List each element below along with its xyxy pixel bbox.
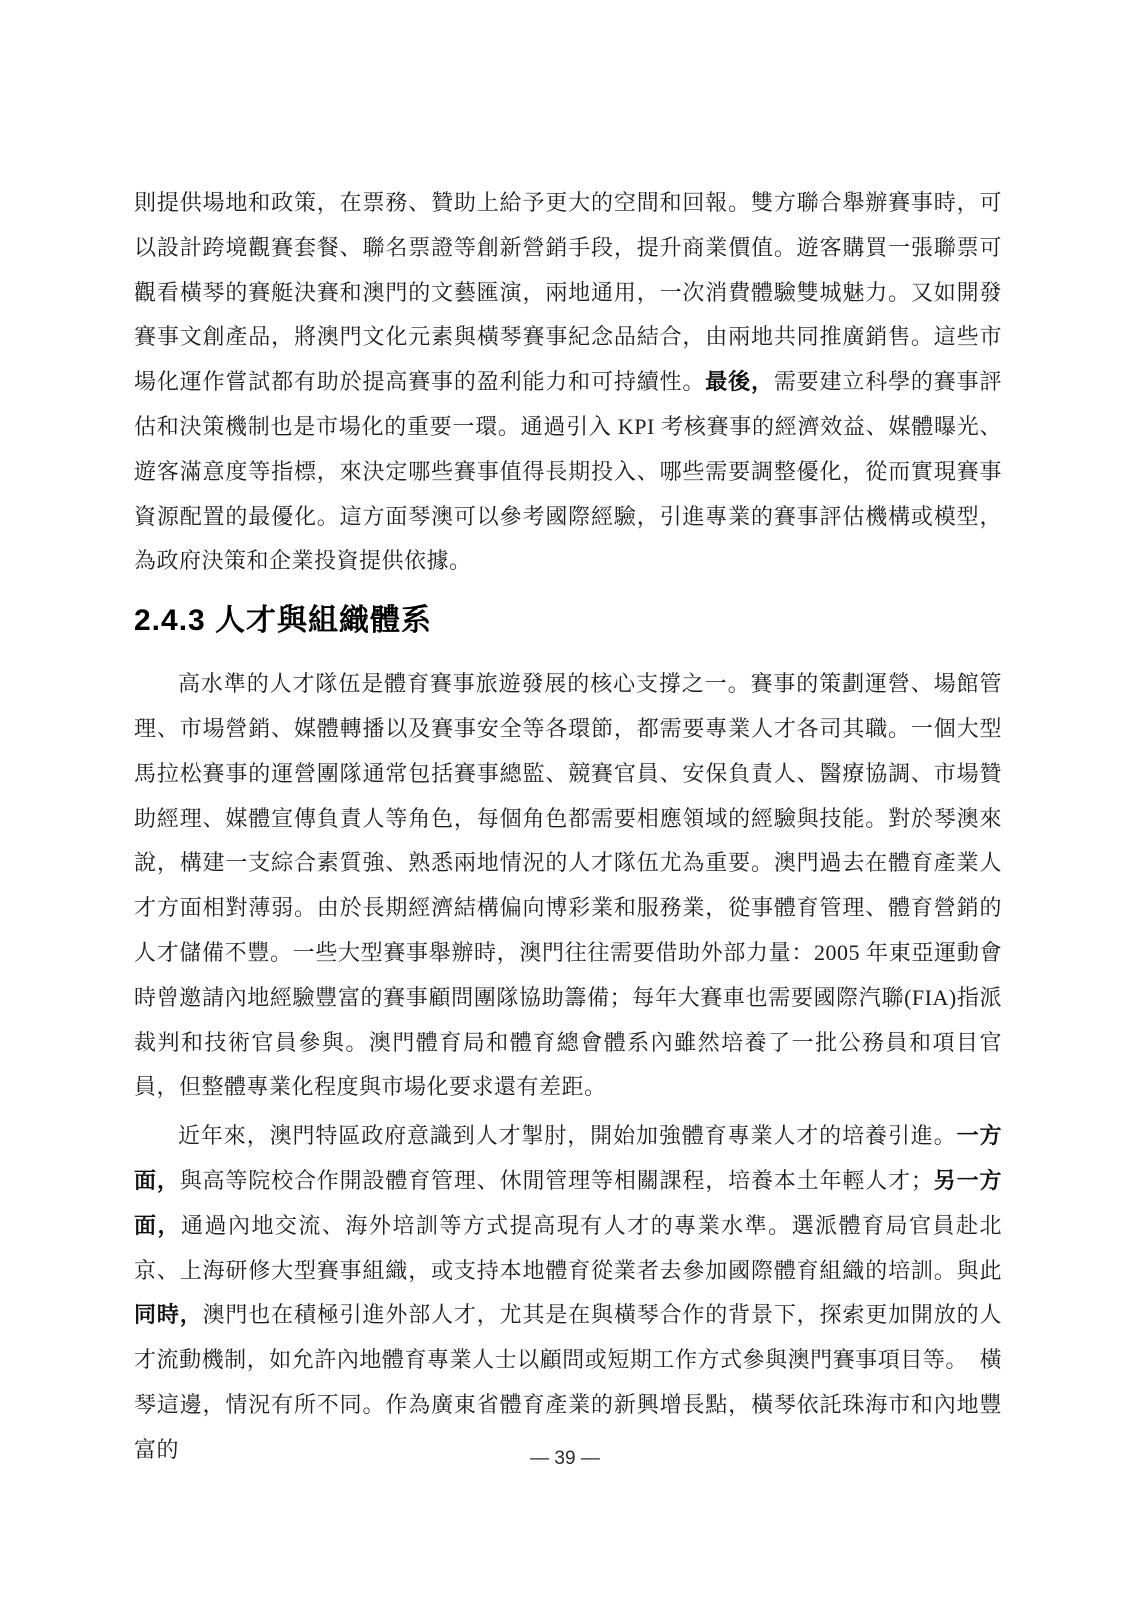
page-number: — 39 — xyxy=(0,1448,1130,1470)
paragraph-3: 近年來，澳門特區政府意識到人才掣肘，開始加強體育專業人才的培養引進。一方面，與高… xyxy=(134,1114,1002,1472)
paragraph-3-bold-phrase: 同時， xyxy=(134,1302,203,1327)
paragraph-3-text: 近年來，澳門特區政府意識到人才掣肘，開始加強體育專業人才的培養引進。 xyxy=(178,1123,957,1148)
paragraph-3-text: 澳門也在積極引進外部人才，尤其是在與橫琴合作的背景下，探索更加開放的人才流動機制… xyxy=(134,1302,1002,1461)
document-page: 則提供場地和政策，在票務、贊助上給予更大的空間和回報。雙方聯合舉辦賽事時，可以設… xyxy=(0,0,1130,1600)
paragraph-1-bold-phrase: 最後， xyxy=(705,369,774,394)
paragraph-2: 高水準的人才隊伍是體育賽事旅遊發展的核心支撐之一。賽事的策劃運營、場館管理、市場… xyxy=(134,662,1002,1110)
page-content: 則提供場地和政策，在票務、贊助上給予更大的空間和回報。雙方聯合舉辦賽事時，可以設… xyxy=(134,181,1002,1473)
paragraph-3-text: 通過內地交流、海外培訓等方式提高現有人才的專業水準。選派體育局官員赴北京、上海研… xyxy=(134,1213,1002,1283)
section-heading: 2.4.3 人才與組織體系 xyxy=(134,601,1002,641)
paragraph-3-text: 與高等院校合作開設體育管理、休閒管理等相關課程，培養本土年輕人才； xyxy=(180,1168,934,1193)
paragraph-1-text: 需要建立科學的賽事評估和決策機制也是市場化的重要一環。通過引入 KPI 考核賽事… xyxy=(134,369,1002,573)
paragraph-1: 則提供場地和政策，在票務、贊助上給予更大的空間和回報。雙方聯合舉辦賽事時，可以設… xyxy=(134,181,1002,584)
paragraph-1-text: 則提供場地和政策，在票務、贊助上給予更大的空間和回報。雙方聯合舉辦賽事時，可以設… xyxy=(134,190,1002,394)
